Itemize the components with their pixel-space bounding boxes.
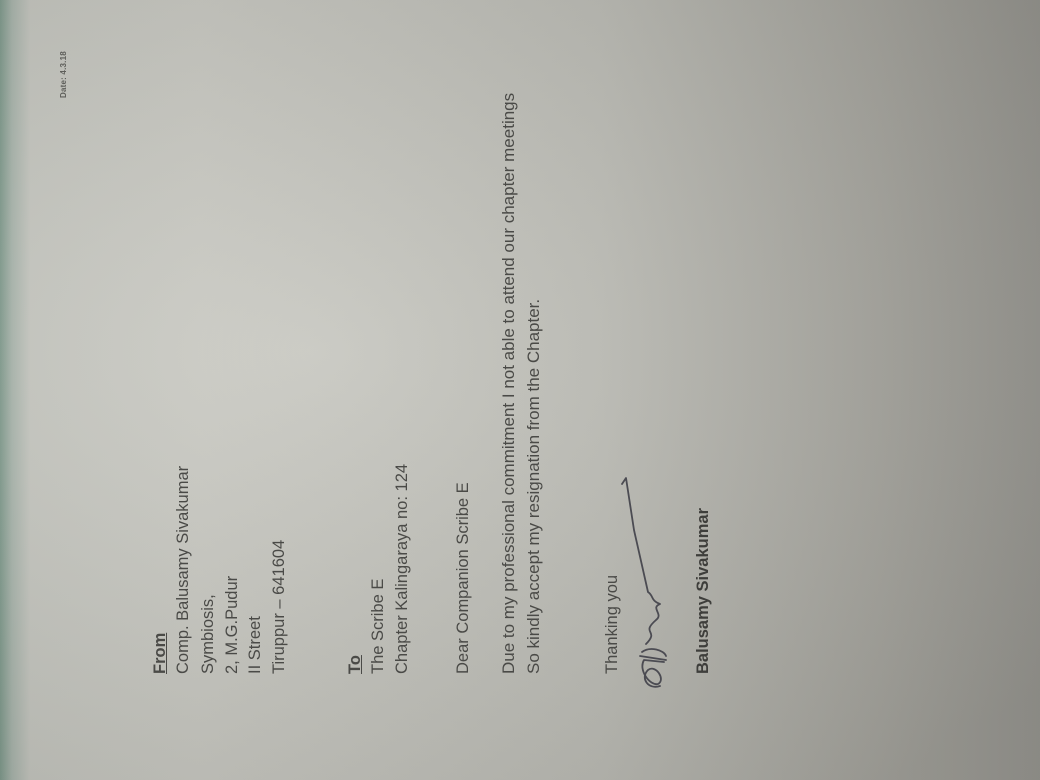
signature-icon <box>620 470 690 700</box>
to-heading: To <box>347 655 364 674</box>
salutation: Dear Companion Scribe E <box>455 482 472 674</box>
closing: Thanking you <box>604 575 621 674</box>
to-line-chapter: Chapter Kalingaraya no: 124 <box>394 464 411 674</box>
from-line-city: Tiruppur – 641604 <box>271 540 288 674</box>
body-line-1: Due to my professional commitment I not … <box>500 93 517 674</box>
from-line-address1: 2, M.G.Pudur <box>224 576 241 674</box>
from-heading: From <box>152 633 169 674</box>
from-line-name: Comp. Balusamy Sivakumar <box>175 466 192 674</box>
from-line-org: Symbiosis, <box>200 594 217 674</box>
body-line-2: So kindly accept my resignation from the… <box>525 299 542 674</box>
letter-page: Date: 4.3.18 From Comp. Balusamy Sivakum… <box>0 0 1040 780</box>
letter-date: Date: 4.3.18 <box>60 51 68 98</box>
from-line-address2: II Street <box>247 616 264 674</box>
signatory-name: Balusamy Sivakumar <box>695 508 712 674</box>
to-line-recipient: The Scribe E <box>370 579 387 674</box>
